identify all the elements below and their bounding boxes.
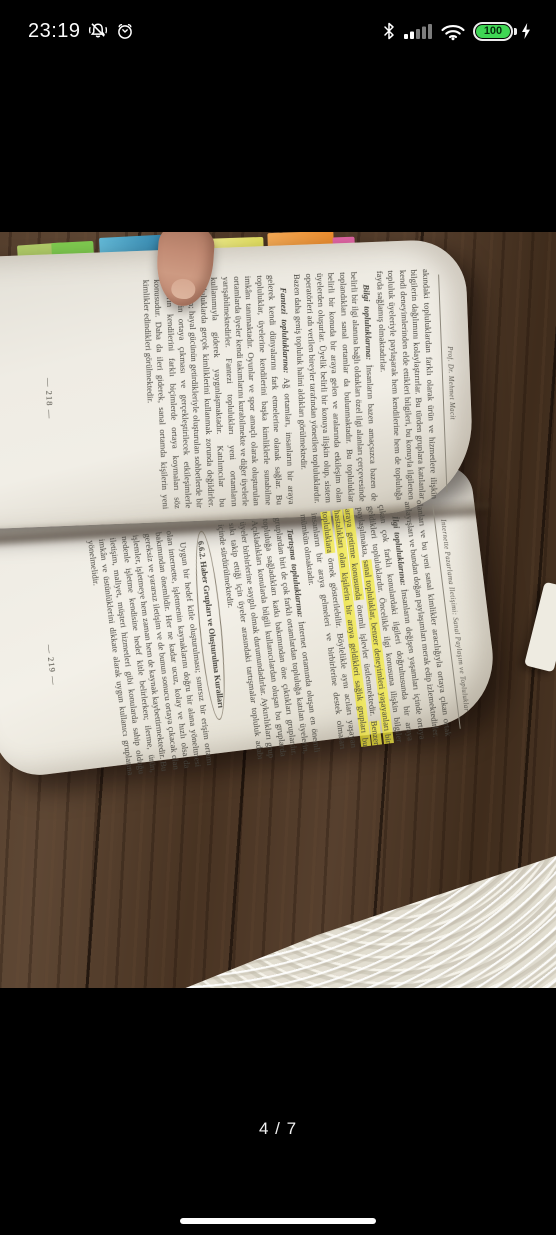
- fingernail: [171, 278, 196, 300]
- phone-screen: 23:19: [0, 0, 556, 1235]
- body-paragraph: akındaki topluluklardan farklı olarak ür…: [373, 269, 439, 501]
- charging-icon: [520, 22, 532, 40]
- mute-icon: [88, 21, 108, 41]
- battery-indicator: 100: [473, 22, 513, 41]
- page-right-text-area: İnternette Pazarlama İletişimi: Sanal Pa…: [28, 493, 475, 788]
- bluetooth-icon: [382, 21, 396, 41]
- status-bar-right: 100: [382, 21, 532, 41]
- photo-viewer-image[interactable]: Prof. Dr. Mehmet Macitakındaki toplulukl…: [0, 232, 556, 988]
- page-right-text: İnternette Pazarlama İletişimi: Sanal Pa…: [28, 493, 475, 788]
- page-left-text-area: Prof. Dr. Mehmet Macitakındaki toplulukl…: [36, 264, 461, 518]
- body-paragraph: Fantezi topluluklarına: Ağ ortamları, in…: [140, 274, 297, 510]
- alarm-icon: [115, 21, 135, 41]
- wifi-icon: [440, 21, 466, 41]
- clock-time: 23:19: [28, 20, 81, 43]
- page-left-text: Prof. Dr. Mehmet Macitakındaki toplulukl…: [36, 264, 461, 518]
- body-paragraph: Bilgi topluluklarına: İnsanların bazen a…: [291, 271, 380, 504]
- home-indicator[interactable]: [180, 1218, 376, 1224]
- battery-level: 100: [476, 25, 510, 38]
- image-counter: 4 / 7: [0, 1119, 556, 1139]
- signal-icon: [403, 21, 433, 41]
- status-bar-left: 23:19: [28, 20, 135, 43]
- paper-corner: [524, 582, 556, 673]
- status-bar: 23:19: [0, 12, 556, 50]
